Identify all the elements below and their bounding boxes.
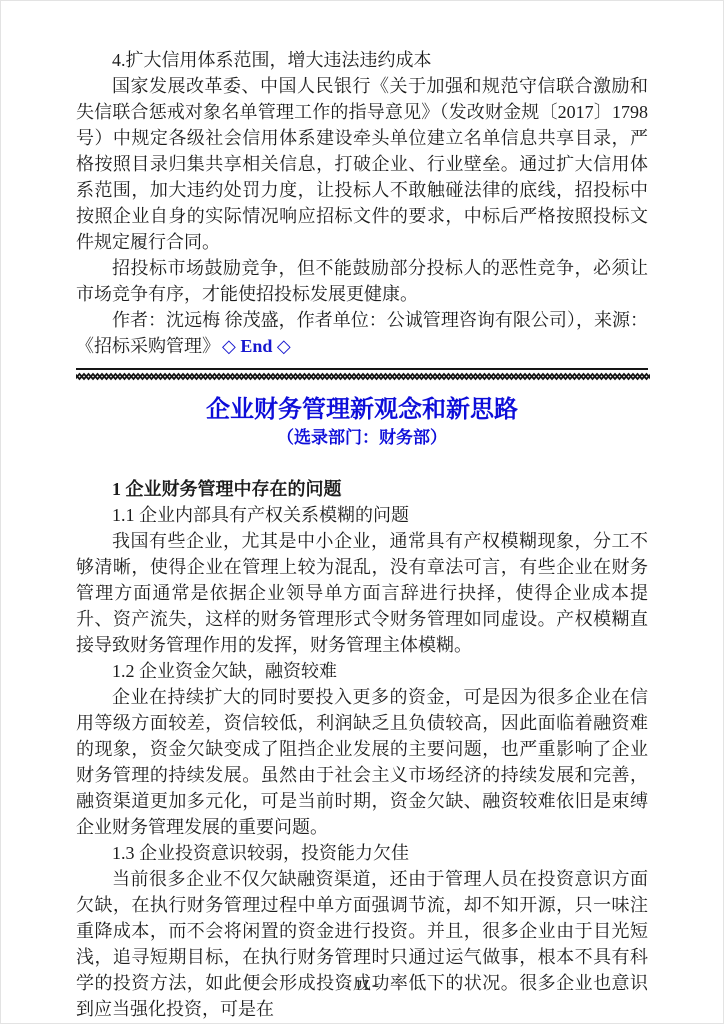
document-page: 4.扩大信用体系范围，增大违法违约成本 国家发展改革委、中国人民银行《关于加强和…: [0, 0, 724, 1024]
subsection-body: 我国有些企业，尤其是中小企业，通常具有产权模糊现象，分工不够清晰，使得企业在管理…: [76, 528, 648, 658]
paragraph-list-item: 4.扩大信用体系范围，增大违法违约成本: [76, 47, 648, 73]
subsection-body: 企业在持续扩大的同时要投入更多的资金，可是因为很多企业在信用等级方面较差，资信较…: [76, 684, 648, 840]
main-article: 企业财务管理新观念和新思路 （选录部门：财务部） 1 企业财务管理中存在的问题 …: [76, 394, 648, 1022]
top-article: 4.扩大信用体系范围，增大违法违约成本 国家发展改革委、中国人民银行《关于加强和…: [76, 47, 648, 359]
section-heading: 1 企业财务管理中存在的问题: [76, 476, 648, 502]
end-marker: ◇ End ◇: [222, 336, 291, 356]
article-subtitle: （选录部门：财务部）: [76, 426, 648, 450]
paragraph: 国家发展改革委、中国人民银行《关于加强和规范守信联合激励和失信联合惩戒对象名单管…: [76, 73, 648, 255]
zigzag-divider: [76, 368, 648, 381]
subsection-heading: 1.1 企业内部具有产权关系模糊的问题: [76, 502, 648, 528]
subsection-heading: 1.2 企业资金欠缺，融资较难: [76, 658, 648, 684]
article-title: 企业财务管理新观念和新思路: [76, 394, 648, 426]
subsection-body: 当前很多企业不仅欠缺融资渠道，还由于管理人员在投资意识方面欠缺，在执行财务管理过…: [76, 866, 648, 1022]
divider-zigzag-pattern: [76, 372, 650, 381]
author-line: 作者：沈远梅 徐茂盛，作者单位：公诚管理咨询有限公司），来源：《招标采购管理》◇…: [76, 307, 648, 359]
subsection-heading: 1.3 企业投资意识较弱，投资能力欠佳: [76, 840, 648, 866]
paragraph: 招投标市场鼓励竞争，但不能鼓励部分投标人的恶性竞争，必须让市场竞争有序，才能使招…: [76, 255, 648, 307]
divider-solid-line: [76, 368, 648, 370]
page-number: - 11 -: [1, 976, 723, 996]
author-credit-text: 作者：沈远梅 徐茂盛，作者单位：公诚管理咨询有限公司），来源：《招标采购管理》: [76, 310, 648, 356]
